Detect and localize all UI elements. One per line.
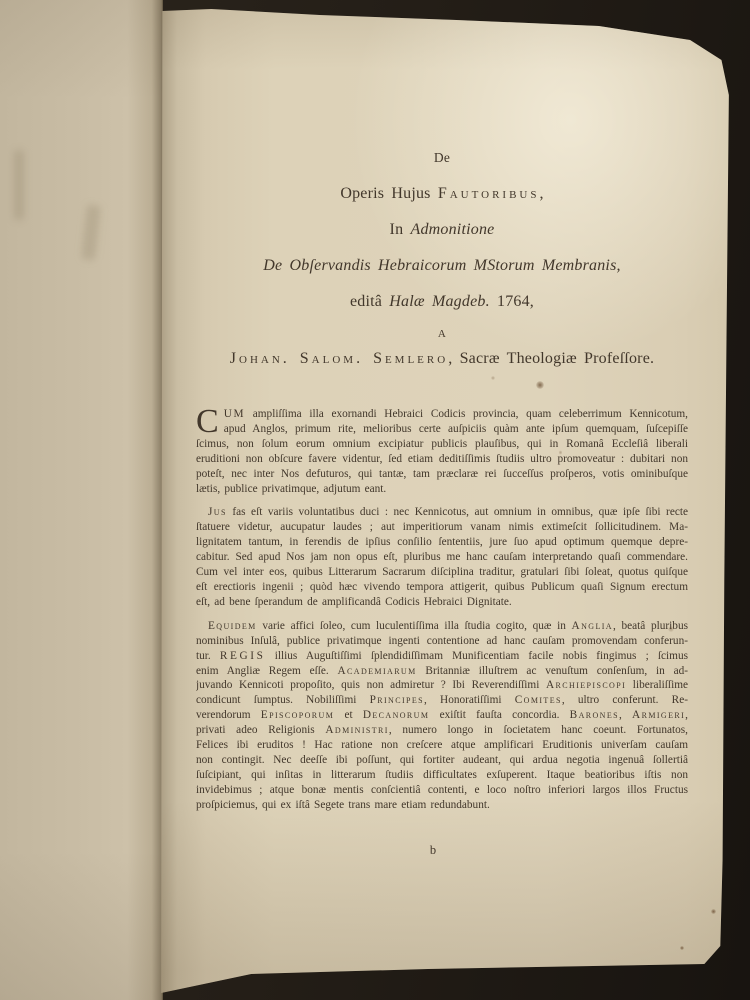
text-segment: Academiarum <box>338 665 417 677</box>
title-line: De <box>196 148 688 167</box>
text-segment: tur. <box>196 650 220 662</box>
title-line: A <box>196 327 688 342</box>
text-line: tur. REGIS illius Auguſtiſſimi ſplendidi… <box>196 649 688 664</box>
text-line: lætis, publice privatimque, adjutum eant… <box>196 482 688 497</box>
text-line: ſuſcipiant, qui inſitas in litterarum ſt… <box>196 768 688 783</box>
title-line: Johan. Salom. Semlero, Sacræ Theologiæ P… <box>196 349 688 368</box>
text-segment: Armigeri <box>632 709 685 721</box>
text-segment: liberaliſſime <box>626 679 688 691</box>
text-segment: , <box>685 709 688 721</box>
text-segment: Fautoribus <box>438 185 540 202</box>
text-segment: cabitur. Sed apud Nos jam non opus eſt, … <box>196 551 688 563</box>
text-segment: privati adeo Religionis <box>196 724 325 736</box>
text-line: ſtatuere videtur, aucupatur laudes ; aut… <box>196 520 688 535</box>
text-line: juvando Kennicoti propoſito, quis non ad… <box>196 678 688 693</box>
text-segment: condicunt ſumptus. Nobiliſſimi <box>196 694 370 706</box>
foxing-spot <box>711 909 716 914</box>
text-line: non contingit. Nec deeſſe ibi poſſunt, q… <box>196 753 688 768</box>
page-content: DeOperis Hujus Fautoribus,In Admonitione… <box>196 0 688 858</box>
text-segment: A <box>438 328 446 340</box>
text-segment: Administri <box>325 724 389 736</box>
text-line: proſpiciemus, qui ex iſtâ Segete trans m… <box>196 798 688 813</box>
text-segment: ſcimus, non ſolum eorum omnium excipiatu… <box>196 438 688 450</box>
foxing-spot <box>559 450 562 455</box>
foxing-spot <box>536 381 544 389</box>
text-line: eruditioni non obſcure favere videntur, … <box>196 452 688 467</box>
text-segment: lætis, publice privatimque, adjutum eant… <box>196 483 386 495</box>
text-segment: De <box>434 150 450 165</box>
text-line: UM ampliſſima illa exornandi Hebraici Co… <box>196 407 688 422</box>
text-segment: Episcoporum <box>261 709 334 721</box>
text-segment: Principes <box>370 694 424 706</box>
text-segment: Comites <box>515 694 562 706</box>
paragraph: Equidem varie affici ſoleo, cum luculent… <box>196 619 688 813</box>
title-line: In Admonitione <box>196 220 688 239</box>
text-segment: Anglia <box>572 620 613 632</box>
text-line: poteſt, nec inter Nos defuturos, qui tan… <box>196 467 688 482</box>
text-segment: De Obſervandis Hebraicorum MStorum Membr… <box>263 257 620 274</box>
text-segment: Operis Hujus <box>340 185 437 202</box>
text-segment: non contingit. Nec deeſſe ibi poſſunt, q… <box>196 754 688 766</box>
text-segment: Equidem <box>208 620 257 632</box>
title-line: De Obſervandis Hebraicorum MStorum Membr… <box>196 256 688 275</box>
text-segment: fas eſt variis voluntatibus duci : nec K… <box>227 506 688 518</box>
text-segment: poteſt, nec inter Nos defuturos, qui tan… <box>196 468 688 480</box>
text-segment: , Sacræ Theologiæ Profeſſore. <box>448 350 654 367</box>
text-segment: Archiepiscopi <box>546 679 626 691</box>
text-segment: UM <box>224 408 245 420</box>
text-segment: Cum vel inter eos, quibus Litterarum Sac… <box>196 566 688 578</box>
text-segment: Decanorum <box>363 709 430 721</box>
text-segment: , ultro conferunt. Re- <box>562 694 688 706</box>
text-segment: illius Auguſtiſſimi ſplendidiſſimam Muni… <box>266 650 688 662</box>
foxing-spot <box>491 376 495 380</box>
body-block: CUM ampliſſima illa exornandi Hebraici C… <box>196 407 688 813</box>
text-segment: invidebimus ; atque bonæ mentis conſcien… <box>196 784 688 796</box>
text-segment: varie affici ſoleo, cum luculentiſſima i… <box>257 620 572 632</box>
paragraph: CUM ampliſſima illa exornandi Hebraici C… <box>196 407 688 496</box>
text-segment: juvando Kennicoti propoſito, quis non ad… <box>196 679 546 691</box>
title-block: DeOperis Hujus Fautoribus,In Admonitione… <box>196 0 688 368</box>
text-segment: Felices ibi eruditos ! Hac ratione non c… <box>196 739 688 751</box>
text-segment: eſt, ad bene ſperandum de amplificandâ C… <box>196 596 512 608</box>
text-segment: ſtatuere videtur, aucupatur laudes ; aut… <box>196 521 688 533</box>
text-segment: Barones <box>570 709 619 721</box>
text-segment: editâ <box>350 293 389 310</box>
drop-cap: C <box>196 407 224 436</box>
left-page <box>0 0 163 1000</box>
text-line: lignitatem tantum, in ferendis de ipſius… <box>196 535 688 550</box>
signature-letter: b <box>430 843 436 858</box>
signature-mark: b <box>196 843 688 858</box>
text-segment: , <box>539 185 543 202</box>
text-segment: proſpiciemus, qui ex iſtâ Segete trans m… <box>196 799 490 811</box>
text-line: enim Angliæ Regem eſſe. Academiarum Brit… <box>196 664 688 679</box>
text-segment: Halæ Magdeb. <box>389 293 490 310</box>
text-line: eſt, ad bene ſperandum de amplificandâ C… <box>196 595 688 610</box>
foxing-spot <box>668 626 674 632</box>
title-line: Operis Hujus Fautoribus, <box>196 184 688 203</box>
text-line: Equidem varie affici ſoleo, cum luculent… <box>196 619 688 634</box>
text-line: Felices ibi eruditos ! Hac ratione non c… <box>196 738 688 753</box>
text-segment: Admonitione <box>410 221 494 238</box>
text-line: Cum vel inter eos, quibus Litterarum Sac… <box>196 565 688 580</box>
text-segment: et <box>334 709 363 721</box>
text-line: nominibus Inſulâ, publice privatimque in… <box>196 634 688 649</box>
text-segment: , Honoratiſſimi <box>424 694 515 706</box>
text-line: invidebimus ; atque bonæ mentis conſcien… <box>196 783 688 798</box>
text-segment: ampliſſima illa exornandi Hebraici Codic… <box>245 408 688 420</box>
photo-background: DeOperis Hujus Fautoribus,In Admonitione… <box>0 0 750 1000</box>
text-segment: ſuſcipiant, qui inſitas in litterarum ſt… <box>196 769 688 781</box>
text-line: cabitur. Sed apud Nos jam non opus eſt, … <box>196 550 688 565</box>
text-segment: exiſtit fauſta concordia. <box>429 709 569 721</box>
text-segment: 1764, <box>490 293 534 310</box>
text-segment: apud Anglos, primum rite, melioribus cer… <box>224 423 688 435</box>
text-segment: verendorum <box>196 709 261 721</box>
text-line: condicunt ſumptus. Nobiliſſimi Principes… <box>196 693 688 708</box>
text-segment: In <box>390 221 411 238</box>
text-line: ſcimus, non ſolum eorum omnium excipiatu… <box>196 437 688 452</box>
text-segment: , beatâ pluribus <box>613 620 688 632</box>
text-line: eſt erectioris ingenii ; quòd hæc vivend… <box>196 580 688 595</box>
text-segment: REGIS <box>220 650 266 662</box>
text-segment: lignitatem tantum, in ferendis de ipſius… <box>196 536 688 548</box>
text-segment: Jus <box>208 506 227 518</box>
text-segment: eruditioni non obſcure favere videntur, … <box>196 453 688 465</box>
text-line: Jus fas eſt variis voluntatibus duci : n… <box>196 505 688 520</box>
text-segment: , <box>619 709 632 721</box>
text-segment: nominibus Inſulâ, publice privatimque in… <box>196 635 688 647</box>
text-line: apud Anglos, primum rite, melioribus cer… <box>196 422 688 437</box>
text-segment: enim Angliæ Regem eſſe. <box>196 665 338 677</box>
text-line: verendorum Episcoporum et Decanorum exiſ… <box>196 708 688 723</box>
showthrough-mark <box>81 204 101 260</box>
text-segment: Britanniæ illuſtrem ac venuſtum conſenſu… <box>417 665 688 677</box>
text-segment: , numero longo in ſocietatem hanc coeunt… <box>389 724 688 736</box>
foxing-spot <box>626 20 632 25</box>
text-segment: eſt erectioris ingenii ; quòd hæc vivend… <box>196 581 688 593</box>
title-line: editâ Halæ Magdeb. 1764, <box>196 292 688 311</box>
paragraph: Jus fas eſt variis voluntatibus duci : n… <box>196 505 688 609</box>
foxing-spot <box>680 946 684 950</box>
text-segment: Johan. Salom. Semlero <box>230 350 448 367</box>
book-page: DeOperis Hujus Fautoribus,In Admonitione… <box>160 0 730 1000</box>
showthrough-mark <box>14 150 24 220</box>
text-line: privati adeo Religionis Administri, nume… <box>196 723 688 738</box>
